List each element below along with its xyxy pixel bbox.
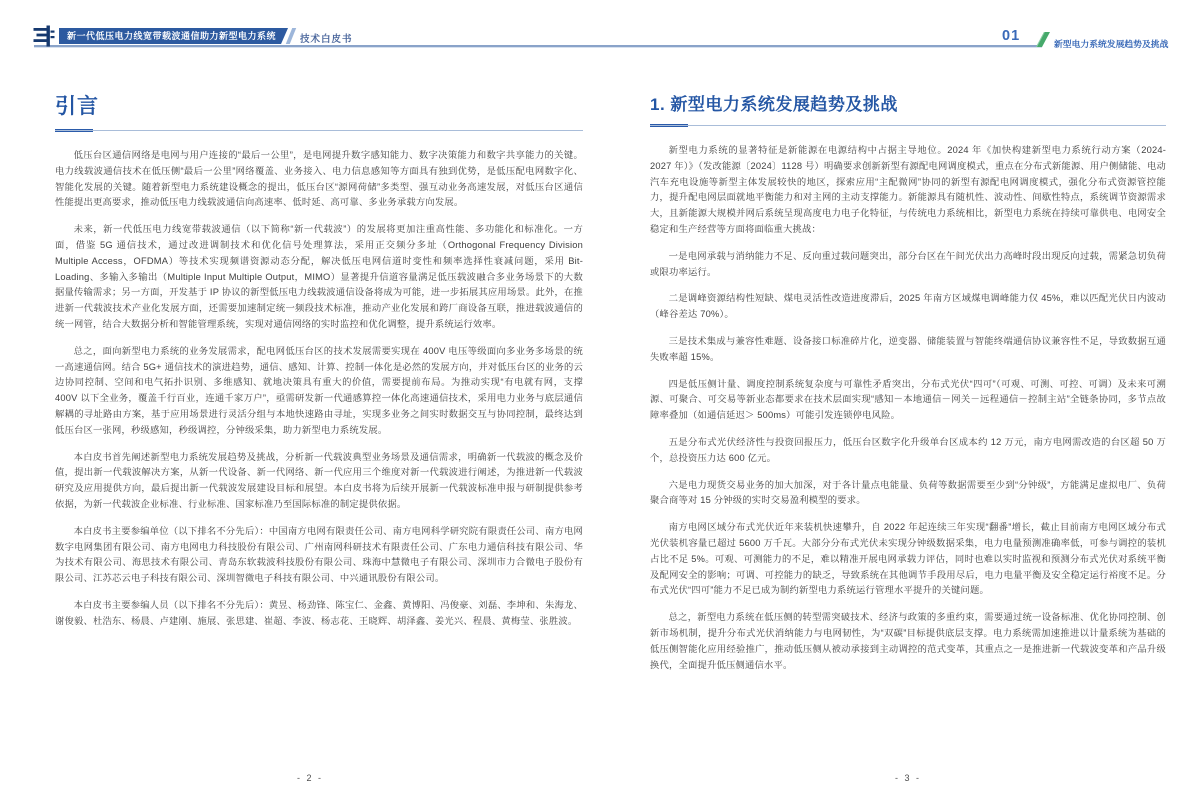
left-title-rule [55, 128, 583, 132]
paragraph: 总之，新型电力系统在低压侧的转型需突破技术、经济与政策的多重约束，需要通过统一设… [650, 610, 1166, 673]
paragraph: 总之，面向新型电力系统的业务发展需求，配电网低压台区的技术发展需要实现在 400… [55, 344, 583, 439]
paragraph: 三是技术集成与兼容性难题、设备接口标准碎片化，逆变器、储能装置与智能终端通信协议… [650, 334, 1166, 366]
paragraph: 新型电力系统的显著特征是新能源在电源结构中占据主导地位。2024 年《加快构建新… [650, 143, 1166, 238]
page-header: 新一代低压电力线宽带载波通信助力新型电力系统 技术白皮书 01 新型电力系统发展… [0, 0, 1190, 60]
paragraph: 五是分布式光伏经济性与投资回报压力，低压台区数字化升级单台区成本约 12 万元，… [650, 435, 1166, 467]
power-line-logo-icon [33, 25, 55, 47]
badge-slash-decoration [286, 28, 296, 44]
paragraph: 本白皮书主要参编单位（以下排名不分先后）：中国南方电网有限责任公司、南方电网科学… [55, 524, 583, 587]
left-page-title: 引言 [55, 90, 583, 120]
green-slash-icon [1036, 32, 1050, 47]
paragraph: 一是电网承载与消纳能力不足、反向重过载问题突出，部分台区在午间光伏出力高峰时段出… [650, 249, 1166, 281]
header-badge-title: 新一代低压电力线宽带载波通信助力新型电力系统 [59, 28, 288, 44]
paragraph: 南方电网区域分布式光伏近年来装机快速攀升，自 2022 年起连续三年实现“翻番”… [650, 520, 1166, 599]
paragraph: 六是电力现货交易业务的加大加深，对于各计量点电能量、负荷等数据需要至少到“分钟级… [650, 478, 1166, 510]
left-page-number: - 2 - [55, 773, 565, 783]
paragraph: 未来，新一代低压电力线宽带载波通信（以下简称“新一代载波”）的发展将更加注重高性… [55, 222, 583, 333]
paragraph: 本白皮书主要参编人员（以下排名不分先后）：黄昱、杨劲锋、陈宝仁、金鑫、黄博阳、冯… [55, 598, 583, 630]
right-page: 1. 新型电力系统发展趋势及挑战 新型电力系统的显著特征是新能源在电源结构中占据… [650, 90, 1166, 684]
paragraph: 二是调峰资源结构性短缺、煤电灵活性改造进度滞后，2025 年南方区域煤电调峰能力… [650, 291, 1166, 323]
right-page-body: 新型电力系统的显著特征是新能源在电源结构中占据主导地位。2024 年《加快构建新… [650, 143, 1166, 673]
paragraph: 低压台区通信网络是电网与用户连接的“最后一公里”，是电网提升数字感知能力、数字决… [55, 148, 583, 211]
chapter-indicator: 01 新型电力系统发展趋势及挑战 [1002, 28, 1172, 50]
paragraph: 本白皮书首先阐述新型电力系统发展趋势及挑战，分析新一代载波典型业务场景及通信需求… [55, 450, 583, 513]
right-title-rule [650, 123, 1166, 127]
right-page-number: - 3 - [650, 773, 1166, 783]
paragraph: 四是低压侧计量、调度控制系统复杂度与可靠性矛盾突出，分布式光伏“四可”（可观、可… [650, 377, 1166, 424]
left-page-body: 低压台区通信网络是电网与用户连接的“最后一公里”，是电网提升数字感知能力、数字决… [55, 148, 583, 630]
chapter-number: 01 [1002, 28, 1020, 44]
chapter-title: 新型电力系统发展趋势及挑战 [1054, 37, 1168, 50]
left-page: 引言 低压台区通信网络是电网与用户连接的“最后一公里”，是电网提升数字感知能力、… [55, 90, 583, 641]
header-rule [34, 45, 1042, 47]
right-page-title: 1. 新型电力系统发展趋势及挑战 [650, 90, 1166, 115]
header-subtitle: 技术白皮书 [300, 31, 353, 45]
